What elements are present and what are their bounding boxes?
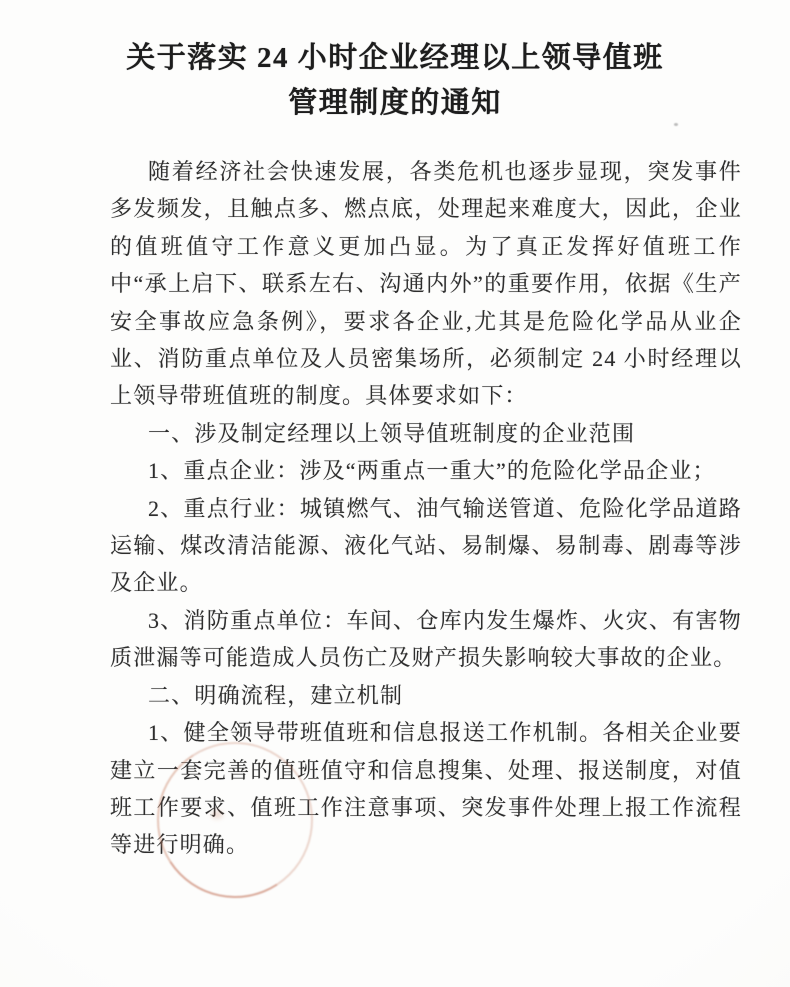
title-line-1: 关于落实 24 小时企业经理以上领导值班 [40,36,750,81]
document-title: 关于落实 24 小时企业经理以上领导值班 管理制度的通知 [40,36,750,126]
item-1-key-enterprises: 1、重点企业：涉及“两重点一重大”的危险化学品企业； [110,452,742,489]
section-heading-2: 二、明确流程，建立机制 [110,677,742,714]
title-line-2: 管理制度的通知 [40,81,750,126]
section-heading-1: 一、涉及制定经理以上领导值班制度的企业范围 [110,415,742,452]
scan-speck [674,123,678,126]
item-duty-mechanism: 1、健全领导带班值班和信息报送工作机制。各相关企业要建立一套完善的值班值守和信息… [110,714,742,864]
item-3-fire-key-units: 3、消防重点单位：车间、仓库内发生爆炸、火灾、有害物质泄漏等可能造成人员伤亡及财… [110,602,742,677]
document-body: 随着经济社会快速发展，各类危机也逐步显现，突发事件多发频发，且触点多、燃点底，处… [110,153,742,864]
paragraph-intro: 随着经济社会快速发展，各类危机也逐步显现，突发事件多发频发，且触点多、燃点底，处… [110,153,742,415]
scanned-document-page: 关于落实 24 小时企业经理以上领导值班 管理制度的通知 随着经济社会快速发展，… [0,0,790,987]
item-2-key-industries: 2、重点行业：城镇燃气、油气输送管道、危险化学品道路运输、煤改清洁能源、液化气站… [110,490,742,602]
